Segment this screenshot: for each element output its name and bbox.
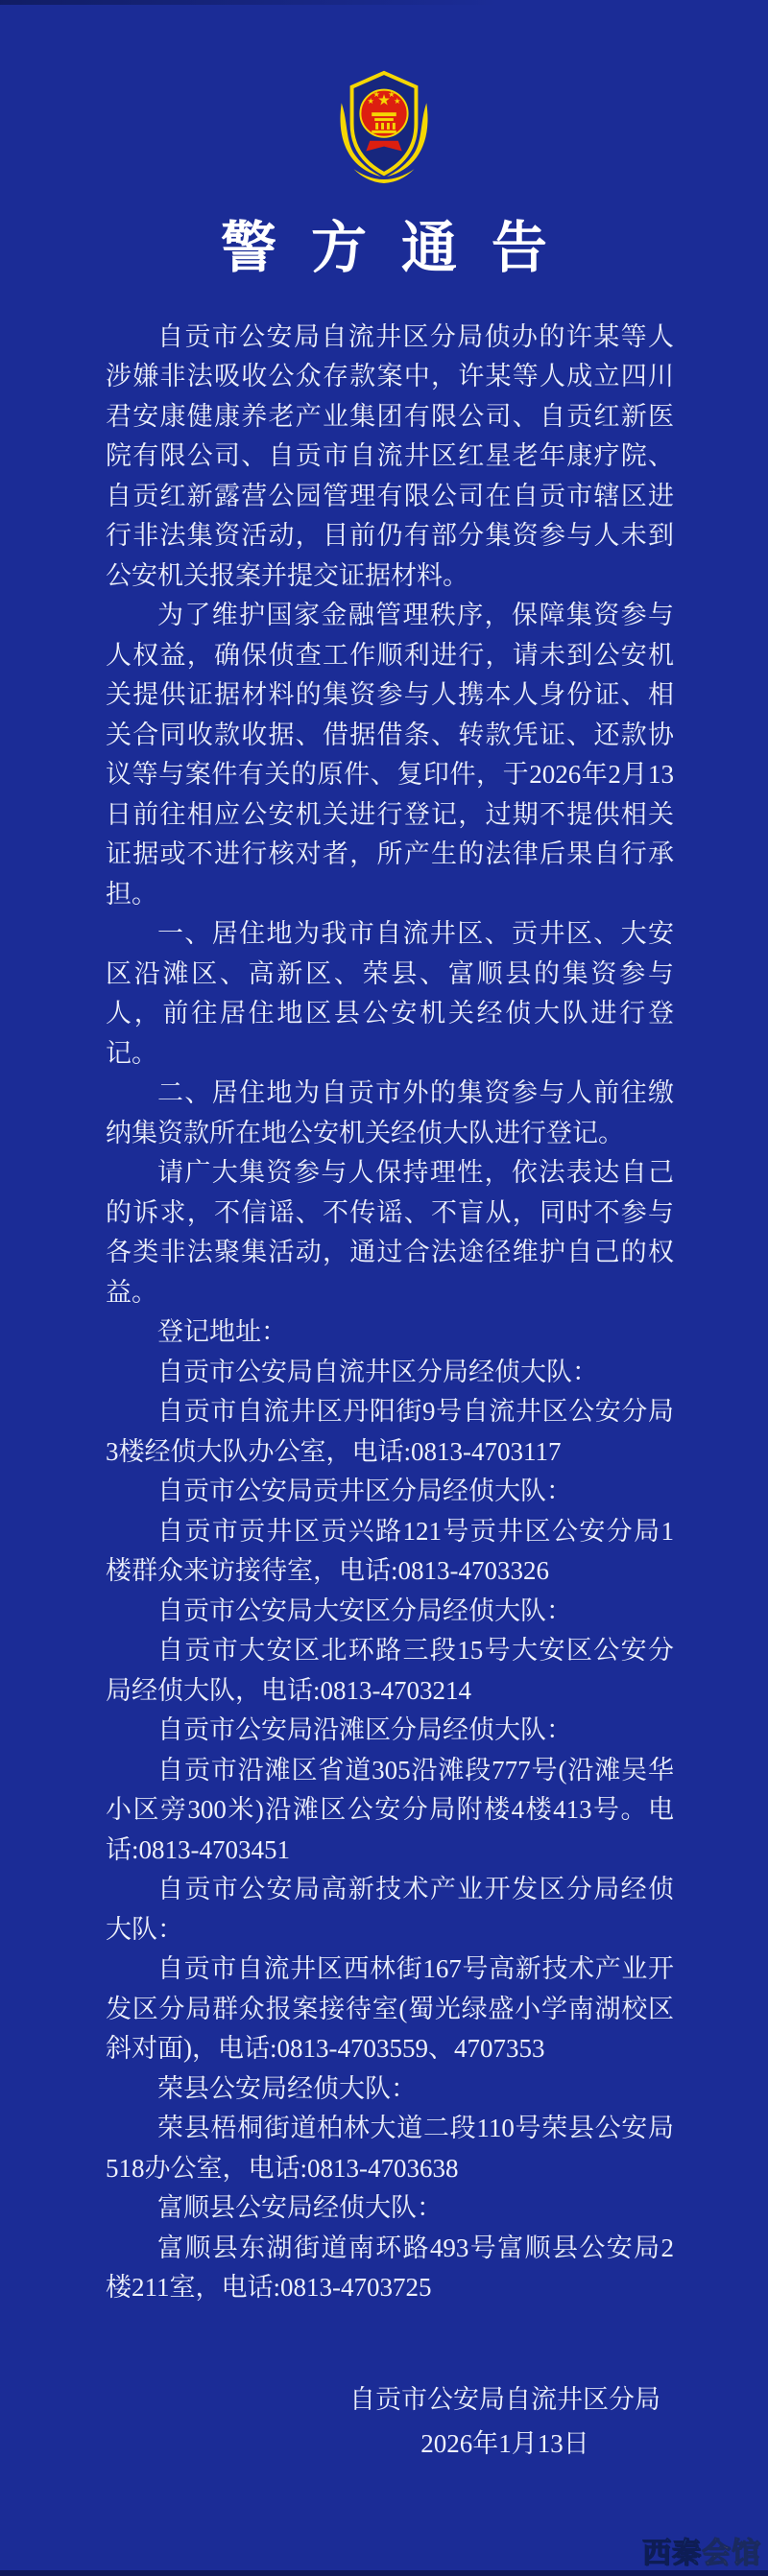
top-edge-shade	[0, 0, 768, 5]
gate-tier	[374, 118, 394, 121]
notice-title: 警方通告	[0, 217, 768, 280]
notice-title-text: 警方通告	[221, 217, 582, 279]
notice-paragraph: 一、居住地为我市自流井区、贡井区、大安区沿滩区、高新区、荣县、富顺县的集资参与人…	[106, 914, 674, 1074]
signature-agency: 自贡市公安局自流井区分局	[349, 2377, 660, 2422]
notice-paragraph: 自贡市公安局大安区分局经侦大队：	[106, 1592, 674, 1632]
notice-paragraph: 为了维护国家金融管理秩序，保障集资参与人权益，确保侦查工作顺利进行，请未到公安机…	[106, 596, 674, 914]
notice-paragraph: 富顺县公安局经侦大队：	[106, 2188, 674, 2229]
notice-paragraph: 自贡市沿滩区省道305沿滩段777号(沿滩吴华小区旁300米)沿滩区公安分局附楼…	[106, 1751, 674, 1871]
notice-body: 自贡市公安局自流井区分局侦办的许某等人涉嫌非法吸收公众存款案中，许某等人成立四川…	[106, 318, 674, 2308]
notice-paragraph: 请广大集资参与人保持理性，依法表达自己的诉求，不信谣、不传谣、不盲从，同时不参与…	[106, 1153, 674, 1312]
police-notice-poster: ★ ★ ★ ★ ★ 警方通告 自贡市公安局自流井区分局侦办的许某等人涉嫌非法吸收…	[0, 0, 768, 2576]
star-small-4: ★	[394, 97, 400, 105]
watermark: 西秦会馆	[642, 2540, 761, 2568]
gate-roof	[372, 112, 396, 116]
notice-paragraph: 自贡市公安局自流井区分局侦办的许某等人涉嫌非法吸收公众存款案中，许某等人成立四川…	[106, 318, 674, 597]
notice-paragraph: 自贡市自流井区丹阳街9号自流井区公安分局3楼经侦大队办公室，电话:0813-47…	[106, 1392, 674, 1472]
star-small-2: ★	[373, 91, 380, 99]
notice-paragraph: 自贡市公安局高新技术产业开发区分局经侦大队：	[106, 1870, 674, 1950]
gate-column-1	[375, 123, 378, 130]
signature-date: 2026年1月13日	[420, 2422, 589, 2466]
watermark-text-secondary: 会馆	[702, 2538, 761, 2569]
gate-column-2	[381, 123, 384, 130]
gate-column-4	[393, 123, 396, 130]
star-small-3: ★	[388, 91, 395, 99]
notice-paragraph: 自贡市贡井区贡兴路121号贡井区公安分局1楼群众来访接待室，电话:0813-47…	[106, 1512, 674, 1592]
signature-block: 自贡市公安局自流井区分局 2026年1月13日	[349, 2377, 660, 2466]
watermark-text-primary: 西秦	[642, 2538, 702, 2569]
notice-paragraph: 荣县公安局经侦大队：	[106, 2069, 674, 2110]
notice-paragraph: 富顺县东湖街道南环路493号富顺县公安局2楼211室，电话:0813-47037…	[106, 2229, 674, 2308]
notice-paragraph: 自贡市自流井区西林街167号高新技术产业开发区分局群众报案接待室(蜀光绿盛小学南…	[106, 1950, 674, 2069]
notice-paragraph: 自贡市公安局贡井区分局经侦大队：	[106, 1472, 674, 1512]
bottom-edge-shade	[0, 2570, 768, 2576]
notice-paragraph: 二、居住地为自贡市外的集资参与人前往缴纳集资款所在地公安机关经侦大队进行登记。	[106, 1074, 674, 1153]
star-small-1: ★	[368, 97, 374, 105]
gate-base	[372, 130, 396, 133]
notice-paragraph: 登记地址：	[106, 1312, 674, 1353]
gate-column-3	[387, 123, 390, 130]
notice-paragraph: 自贡市公安局沿滩区分局经侦大队：	[106, 1711, 674, 1751]
notice-paragraph: 自贡市公安局自流井区分局经侦大队：	[106, 1353, 674, 1393]
notice-paragraph: 自贡市大安区北环路三段15号大安区公安分局经侦大队，电话:0813-470321…	[106, 1631, 674, 1711]
police-badge-emblem: ★ ★ ★ ★ ★	[327, 65, 441, 184]
notice-paragraph: 荣县梧桐街道柏林大道二段110号荣县公安局518办公室，电话:0813-4703…	[106, 2109, 674, 2188]
